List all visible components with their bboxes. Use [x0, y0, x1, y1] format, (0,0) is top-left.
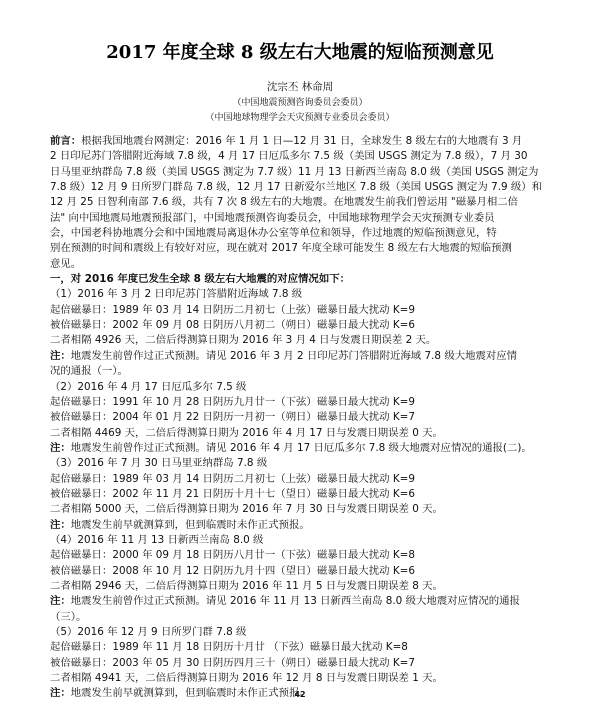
page-number: 42: [0, 689, 600, 701]
authors: 沈宗丕 林命周: [0, 80, 600, 94]
event-note: 注：地震发生前曾作过正式预测。请见 2016 年 3 月 2 日印尼苏门答腊附近…: [50, 349, 570, 364]
intro-line: 前言：根据我国地震台网测定：2016 年 1 月 1 日—12 月 31 日，全…: [50, 134, 570, 149]
event-line: 被倍磁暴日：2004 年 01 月 22 日阴历一月初一（朔日）磁暴日最大扰动 …: [50, 410, 570, 425]
intro-line: 会，中国老科协地震分会和中国地震局离退休办公室等单位和领导，作过地震的短临预测意…: [50, 226, 570, 241]
event-note: 注：地震发生前早就测算到，但到临震时未作正式预报。: [50, 518, 570, 533]
event-note: 况的通报（一）。: [50, 364, 570, 379]
event-note: 注：地震发生前曾作过正式预测。请见 2016 年 4 月 17 日厄瓜多尔 7.…: [50, 441, 570, 456]
event-heading: （5）2016 年 12 月 9 日所罗门群 7.8 级: [50, 625, 570, 640]
event-note: 注：地震发生前曾作过正式预测。请见 2016 年 11 月 13 日新西兰南岛 …: [50, 594, 570, 609]
intro-line: 别在预测的时间和震级上有较好对应，现在就对 2017 年度全球可能发生 8 级左…: [50, 241, 570, 256]
intro-line: 2 日印尼苏门答腊附近海域 7.8 级，4 月 17 日厄瓜多尔 7.5 级（美…: [50, 149, 570, 164]
intro-line: 法" 向中国地震局地震预报部门，中国地震预测咨询委员会，中国地球物理学会天灾预测…: [50, 211, 570, 226]
event-line: 被倍磁暴日：2002 年 11 月 21 日阴历十月十七（望日）磁暴日最大扰动 …: [50, 487, 570, 502]
event-line: 二者相隔 5000 天，二倍后得测算日期为 2016 年 7 月 30 日与发震…: [50, 502, 570, 517]
affiliation-1: （中国地震预测咨询委员会委员）: [0, 97, 600, 110]
document-body: 前言：根据我国地震台网测定：2016 年 1 月 1 日—12 月 31 日，全…: [50, 134, 570, 702]
event-line: 起倍磁暴日：1989 年 03 月 14 日阴历二月初七（上弦）磁暴日最大扰动 …: [50, 303, 570, 318]
intro-line: 7.8 级）12 月 9 日所罗门群岛 7.8 级，12 月 17 日新爱尔兰地…: [50, 180, 570, 195]
intro-line: 12 月 25 日智利南部 7.6 级，共有 7 次 8 级左右的大地震。在地震…: [50, 195, 570, 210]
intro-line: 意见。: [50, 257, 570, 272]
affiliation-2: （中国地球物理学会天灾预测专业委员会委员）: [0, 112, 600, 125]
event-line: 起倍磁暴日：1989 年 11 月 18 日阴历十月廿 （下弦）磁暴日最大扰动 …: [50, 640, 570, 655]
event-heading: （2）2016 年 4 月 17 日厄瓜多尔 7.5 级: [50, 380, 570, 395]
intro-lead: 前言：: [50, 135, 81, 147]
section-heading: 一，对 2016 年度已发生全球 8 级左右大地震的对应情况如下：: [50, 272, 570, 287]
event-line: 二者相隔 4469 天，二倍后得测算日期为 2016 年 4 月 17 日与发震…: [50, 426, 570, 441]
event-heading: （1）2016 年 3 月 2 日印尼苏门答腊附近海域 7.8 级: [50, 287, 570, 302]
event-line: 二者相隔 2946 天，二倍后得测算日期为 2016 年 11 月 5 日与发震…: [50, 579, 570, 594]
event-note: （三）。: [50, 610, 570, 625]
event-heading: （4）2016 年 11 月 13 日新西兰南岛 8.0 级: [50, 533, 570, 548]
event-line: 被倍磁暴日：2002 年 09 月 08 日阴历八月初二（朔日）磁暴日最大扰动 …: [50, 318, 570, 333]
event-line: 二者相隔 4926 天，二倍后得测算日期为 2016 年 3 月 4 日与发震日…: [50, 333, 570, 348]
event-line: 起倍磁暴日：1989 年 03 月 14 日阴历二月初七（上弦）磁暴日最大扰动 …: [50, 472, 570, 487]
event-heading: （3）2016 年 7 月 30 日马里亚纳群岛 7.8 级: [50, 456, 570, 471]
event-line: 被倍磁暴日：2003 年 05 月 30 日阴历四月三十（朔日）磁暴日最大扰动 …: [50, 656, 570, 671]
event-line: 起倍磁暴日：1991 年 10 月 28 日阴历九月廿一（下弦）磁暴日最大扰动 …: [50, 395, 570, 410]
event-line: 二者相隔 4941 天，二倍后得测算日期为 2016 年 12 月 8 日与发震…: [50, 671, 570, 686]
event-line: 起倍磁暴日：2000 年 09 月 18 日阴历八月廿一（下弦）磁暴日最大扰动 …: [50, 548, 570, 563]
event-line: 被倍磁暴日：2008 年 10 月 12 日阴历九月十四（望日）磁暴日最大扰动 …: [50, 564, 570, 579]
document-title: 2017 年度全球 8 级左右大地震的短临预测意见: [0, 42, 600, 64]
document-page: 2017 年度全球 8 级左右大地震的短临预测意见 沈宗丕 林命周 （中国地震预…: [0, 0, 600, 709]
intro-line: 日马里亚纳群岛 7.8 级（美国 USGS 测定为 7.7 级）11 月 13 …: [50, 165, 570, 180]
